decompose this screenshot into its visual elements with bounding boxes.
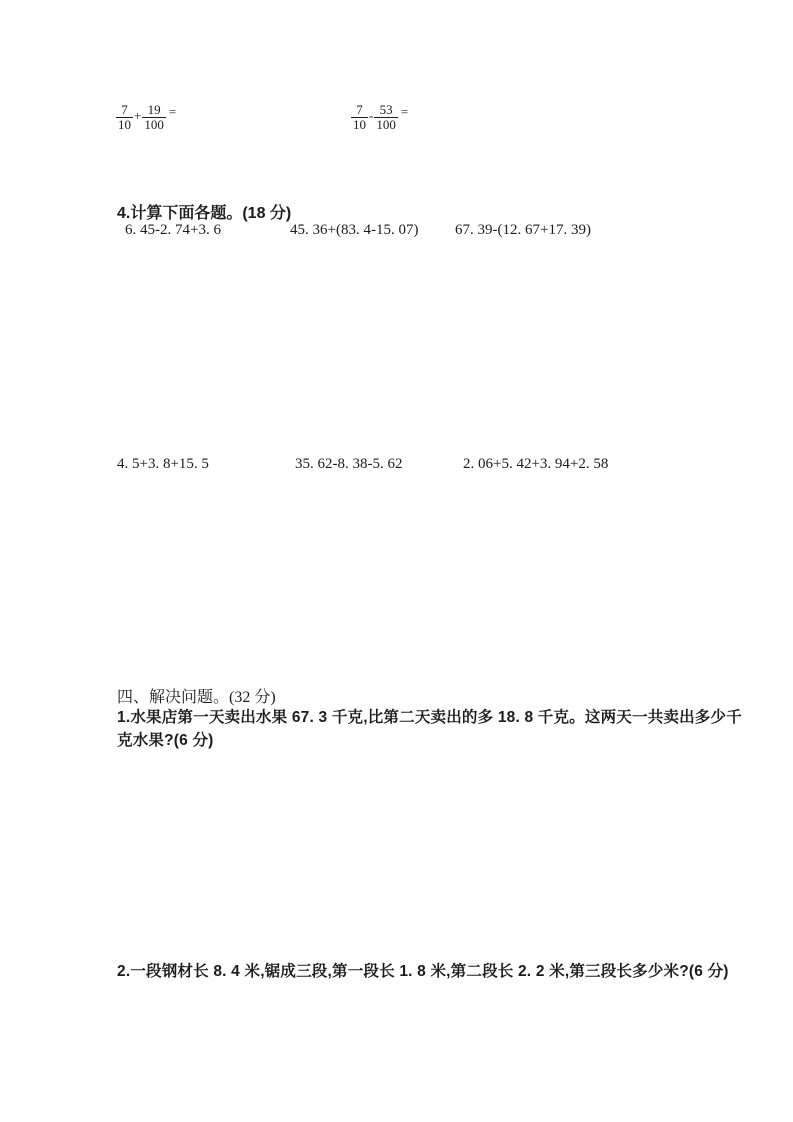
fraction-denominator: 10 (351, 117, 368, 132)
fraction: 19 100 (142, 103, 166, 133)
calc-expression-5: 35. 62-8. 38-5. 62 (295, 456, 403, 473)
fraction: 53 100 (374, 103, 398, 133)
calc-expression-4: 4. 5+3. 8+15. 5 (117, 456, 209, 473)
equals-sign: = (401, 104, 408, 120)
worksheet-page: 7 10 + 19 100 = 7 10 - 53 100 = 4.计算下面各题… (0, 0, 793, 1122)
fraction-numerator: 19 (146, 103, 163, 117)
fraction-problem-left: 7 10 + 19 100 = (116, 103, 176, 133)
fraction-numerator: 7 (354, 103, 365, 117)
equals-sign: = (169, 104, 176, 120)
calc-expression-3: 67. 39-(12. 67+17. 39) (455, 222, 591, 239)
fraction-numerator: 53 (378, 103, 395, 117)
fraction-problem-right: 7 10 - 53 100 = (351, 103, 408, 133)
fraction: 7 10 (116, 103, 133, 133)
word-problem-2: 2.一段钢材长 8. 4 米,锯成三段,第一段长 1. 8 米,第二段长 2. … (117, 959, 729, 981)
minus-operator: - (369, 108, 373, 124)
fraction: 7 10 (351, 103, 368, 133)
calc-section-heading: 4.计算下面各题。(18 分) (117, 200, 291, 223)
fraction-denominator: 10 (116, 117, 133, 132)
calc-expression-1: 6. 45-2. 74+3. 6 (125, 222, 221, 239)
fraction-numerator: 7 (119, 103, 130, 117)
problems-section-heading: 四、解决问题。(32 分) (117, 684, 276, 707)
calc-expression-6: 2. 06+5. 42+3. 94+2. 58 (463, 456, 608, 473)
fraction-denominator: 100 (374, 117, 398, 132)
plus-operator: + (134, 108, 141, 124)
word-problem-1-line-1: 1.水果店第一天卖出水果 67. 3 千克,比第二天卖出的多 18. 8 千克。… (117, 705, 742, 727)
fraction-denominator: 100 (142, 117, 166, 132)
calc-expression-2: 45. 36+(83. 4-15. 07) (290, 222, 418, 239)
word-problem-1-line-2: 克水果?(6 分) (117, 728, 214, 750)
